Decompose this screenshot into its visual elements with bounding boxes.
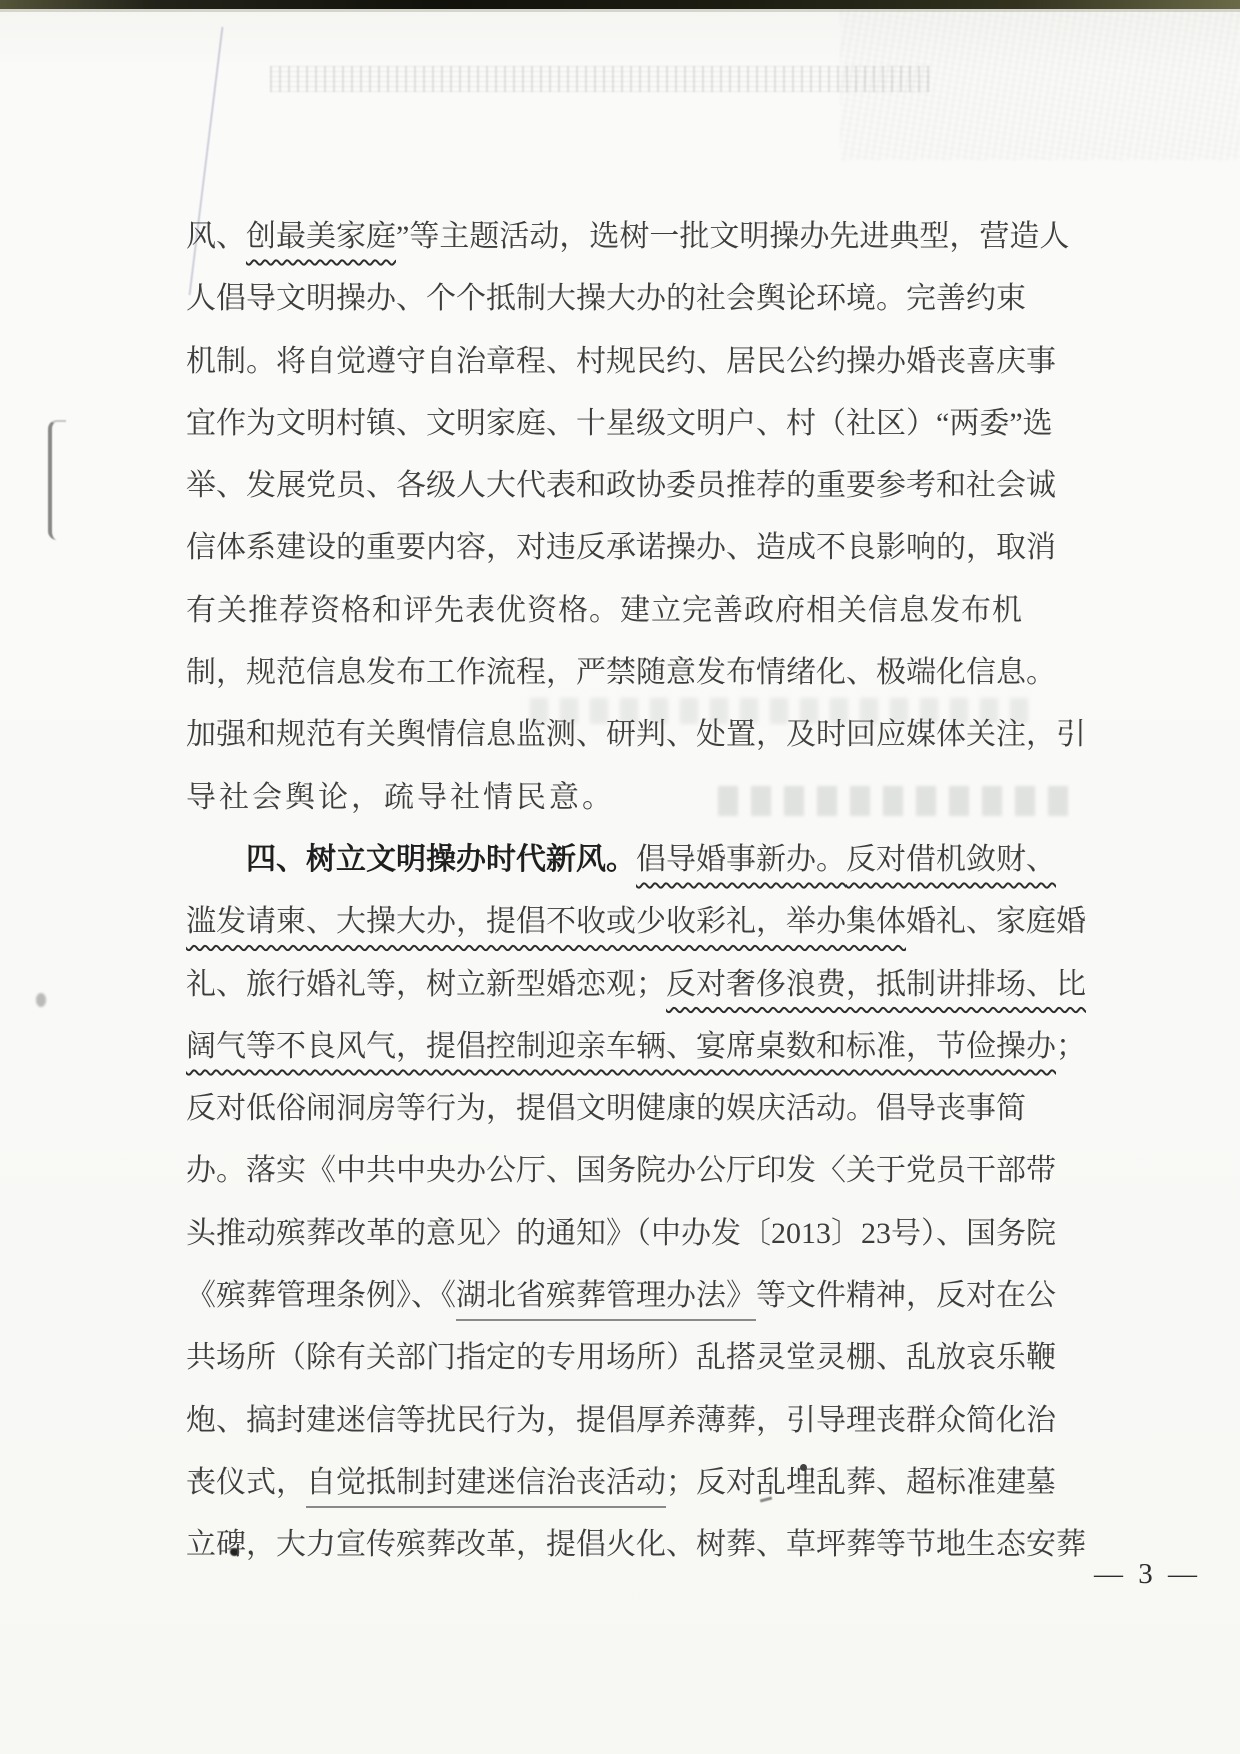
text-segment: 礼、旅行婚礼等，树立新型婚恋观；	[186, 968, 666, 1001]
underlined-segment: 湖北省殡葬管理办法》	[456, 1279, 756, 1312]
text-line: 共场所（除有关部门指定的专用场所）乱搭灵堂灵棚、乱放哀乐鞭	[186, 1327, 1022, 1389]
text-line: 礼、旅行婚礼等，树立新型婚恋观；反对奢侈浪费，抵制讲排场、比	[186, 954, 1022, 1016]
text-line: 《殡葬管理条例》、《湖北省殡葬管理办法》等文件精神，反对在公	[186, 1265, 1022, 1327]
underlined-segment: 创最美家庭	[246, 220, 396, 253]
underlined-segment: 阔气等不良风气，提倡控制迎亲车辆、宴席桌数和标准，节俭操办	[186, 1030, 1056, 1063]
text-line: 机制。将自觉遵守自治章程、村规民约、居民公约操办婚丧喜庆事	[186, 331, 1022, 393]
text-segment: 宜作为文明村镇、文明家庭、十星级文明户、村（社区）“两委”选	[186, 407, 1053, 440]
text-segment: 丧仪式，	[186, 1466, 306, 1499]
scan-edge-strip	[0, 0, 1240, 9]
scan-speckle-top	[270, 66, 930, 92]
text-segment: ；反对乱埋乱葬、超标准建墓	[666, 1466, 1056, 1499]
text-segment: 办。落实《中共中央办公厅、国务院办公厅印发〈关于党员干部带	[186, 1154, 1056, 1187]
underlined-segment: 自觉抵制封建迷信治丧活动	[306, 1466, 666, 1499]
text-line: 四、树立文明操办时代新风。倡导婚事新办。反对借机敛财、	[186, 829, 1022, 891]
text-line: 制，规范信息发布工作流程，严禁随意发布情绪化、极端化信息。	[186, 642, 1022, 704]
text-segment: 加强和规范有关舆情信息监测、研判、处置，及时回应媒体关注，引	[186, 718, 1086, 751]
text-segment: 有关推荐资格和评先表优资格。建立完善政府相关信息发布机	[186, 594, 1022, 627]
text-line: 人倡导文明操办、个个抵制大操大办的社会舆论环境。完善约束	[186, 268, 1022, 330]
text-line: 宜作为文明村镇、文明家庭、十星级文明户、村（社区）“两委”选	[186, 393, 1022, 455]
text-segment: 婚礼、家庭婚	[906, 905, 1086, 938]
text-segment: 立碑，大力宣传殡葬改革，提倡火化、树葬、草坪葬等节地生态安葬	[186, 1528, 1086, 1561]
text-line: 头推动殡葬改革的意见〉的通知》（中办发〔2013〕23号）、国务院	[186, 1203, 1022, 1265]
text-segment: ”等主题活动，选树一批文明操办先进典型，营造人	[396, 220, 1069, 253]
text-line: 反对低俗闹洞房等行为，提倡文明健康的娱庆活动。倡导丧事简	[186, 1078, 1022, 1140]
text-segment: 信体系建设的重要内容，对违反承诺操办、造成不良影响的，取消	[186, 531, 1056, 564]
text-segment: 风、	[186, 220, 246, 253]
text-line: 加强和规范有关舆情信息监测、研判、处置，及时回应媒体关注，引	[186, 704, 1022, 766]
underlined-segment: 反对奢侈浪费，抵制讲排场、比	[666, 968, 1086, 1001]
text-segment: 《殡葬管理条例》、《	[186, 1279, 456, 1312]
text-segment: 人倡导文明操办、个个抵制大操大办的社会舆论环境。完善约束	[186, 282, 1026, 315]
underlined-segment: 倡导婚事新办。	[636, 843, 846, 876]
text-segment: 头推动殡葬改革的意见〉的通知》（中办发〔2013〕23号）、国务院	[186, 1217, 1056, 1250]
scanned-document-page: 风、创最美家庭”等主题活动，选树一批文明操办先进典型，营造人人倡导文明操办、个个…	[0, 0, 1240, 1754]
text-line: 举、发展党员、各级人大代表和政协委员推荐的重要参考和社会诚	[186, 455, 1022, 517]
text-line: 信体系建设的重要内容，对违反承诺操办、造成不良影响的，取消	[186, 517, 1022, 579]
underlined-segment: 反对借机敛财、	[846, 843, 1056, 876]
text-segment: 等文件精神，反对在公	[756, 1279, 1056, 1312]
text-segment: 反对低俗闹洞房等行为，提倡文明健康的娱庆活动。倡导丧事简	[186, 1092, 1026, 1125]
crease-mark-left	[48, 420, 66, 540]
text-segment: 机制。将自觉遵守自治章程、村规民约、居民公约操办婚丧喜庆事	[186, 345, 1056, 378]
text-line: 办。落实《中共中央办公厅、国务院办公厅印发〈关于党员干部带	[186, 1140, 1022, 1202]
text-line: 导社会舆论，疏导社情民意。	[186, 767, 1022, 829]
text-line: 阔气等不良风气，提倡控制迎亲车辆、宴席桌数和标准，节俭操办；	[186, 1016, 1022, 1078]
scan-mark-left	[36, 993, 46, 1007]
text-line: 丧仪式，自觉抵制封建迷信治丧活动；反对乱埋乱葬、超标准建墓	[186, 1452, 1022, 1514]
text-segment: 炮、搞封建迷信等扰民行为，提倡厚养薄葬，引导理丧群众简化治	[186, 1404, 1056, 1437]
text-line: 立碑，大力宣传殡葬改革，提倡火化、树葬、草坪葬等节地生态安葬	[186, 1514, 1022, 1576]
underlined-segment: 滥发请柬、大操大办，提倡不收或少收彩礼，举办集体	[186, 905, 906, 938]
text-block: 风、创最美家庭”等主题活动，选树一批文明操办先进典型，营造人人倡导文明操办、个个…	[186, 206, 1022, 1577]
heading-segment: 四、树立文明操办时代新风。	[246, 843, 636, 876]
text-line: 炮、搞封建迷信等扰民行为，提倡厚养薄葬，引导理丧群众简化治	[186, 1390, 1022, 1452]
text-line: 有关推荐资格和评先表优资格。建立完善政府相关信息发布机	[186, 580, 1022, 642]
text-segment: 导社会舆论，疏导社情民意。	[186, 781, 615, 814]
text-line: 滥发请柬、大操大办，提倡不收或少收彩礼，举办集体婚礼、家庭婚	[186, 891, 1022, 953]
page-number: — 3 —	[1094, 1558, 1201, 1591]
text-segment: 举、发展党员、各级人大代表和政协委员推荐的重要参考和社会诚	[186, 469, 1056, 502]
text-segment: 制，规范信息发布工作流程，严禁随意发布情绪化、极端化信息。	[186, 656, 1056, 689]
text-line: 风、创最美家庭”等主题活动，选树一批文明操办先进典型，营造人	[186, 206, 1022, 268]
text-segment: ；	[1056, 1030, 1086, 1063]
text-segment: 共场所（除有关部门指定的专用场所）乱搭灵堂灵棚、乱放哀乐鞭	[186, 1341, 1056, 1374]
